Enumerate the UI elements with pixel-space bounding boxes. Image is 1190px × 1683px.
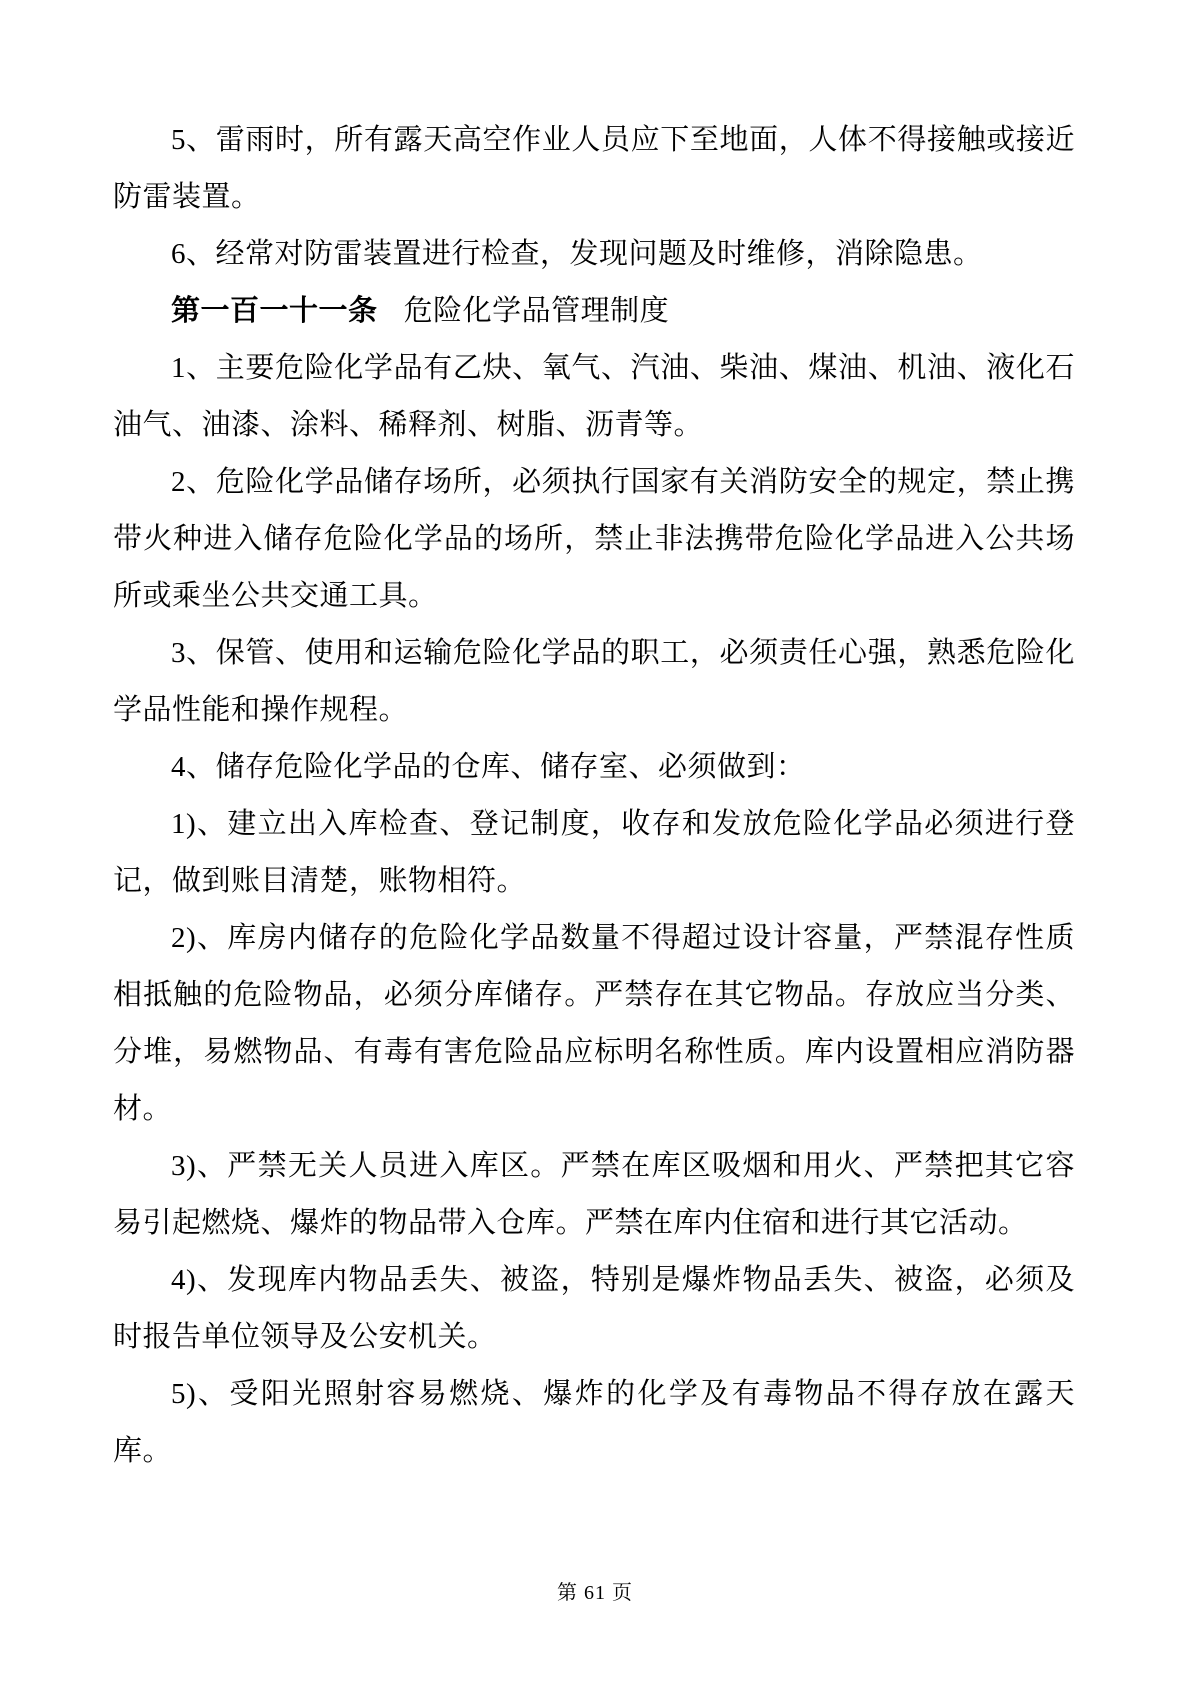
section-title: 危险化学品管理制度 [404, 295, 670, 327]
paragraph: 1、主要危险化学品有乙炔、氧气、汽油、柴油、煤油、机油、液化石油气、油漆、涂料、… [113, 340, 1075, 454]
document-page: 5、雷雨时，所有露天高空作业人员应下至地面，人体不得接触或接近防雷装置。 6、经… [0, 0, 1190, 1683]
paragraph: 4)、发现库内物品丢失、被盗，特别是爆炸物品丢失、被盗，必须及时报告单位领导及公… [113, 1252, 1075, 1366]
paragraph: 5)、受阳光照射容易燃烧、爆炸的化学及有毒物品不得存放在露天库。 [113, 1366, 1075, 1480]
paragraph: 3)、严禁无关人员进入库区。严禁在库区吸烟和用火、严禁把其它容易引起燃烧、爆炸的… [113, 1138, 1075, 1252]
paragraph: 2)、库房内储存的危险化学品数量不得超过设计容量，严禁混存性质相抵触的危险物品，… [113, 910, 1075, 1138]
paragraph: 5、雷雨时，所有露天高空作业人员应下至地面，人体不得接触或接近防雷装置。 [113, 112, 1075, 226]
section-heading: 第一百一十一条危险化学品管理制度 [113, 283, 1075, 340]
paragraph: 6、经常对防雷装置进行检查，发现问题及时维修，消除隐患。 [113, 226, 1075, 283]
document-body: 5、雷雨时，所有露天高空作业人员应下至地面，人体不得接触或接近防雷装置。 6、经… [113, 112, 1075, 1480]
section-number: 第一百一十一条 [171, 295, 378, 327]
paragraph: 1)、建立出入库检查、登记制度，收存和发放危险化学品必须进行登记，做到账目清楚，… [113, 796, 1075, 910]
page-number: 第 61 页 [0, 1576, 1190, 1605]
paragraph: 3、保管、使用和运输危险化学品的职工，必须责任心强，熟悉危险化学品性能和操作规程… [113, 625, 1075, 739]
paragraph: 4、储存危险化学品的仓库、储存室、必须做到： [113, 739, 1075, 796]
paragraph: 2、危险化学品储存场所，必须执行国家有关消防安全的规定，禁止携带火种进入储存危险… [113, 454, 1075, 625]
